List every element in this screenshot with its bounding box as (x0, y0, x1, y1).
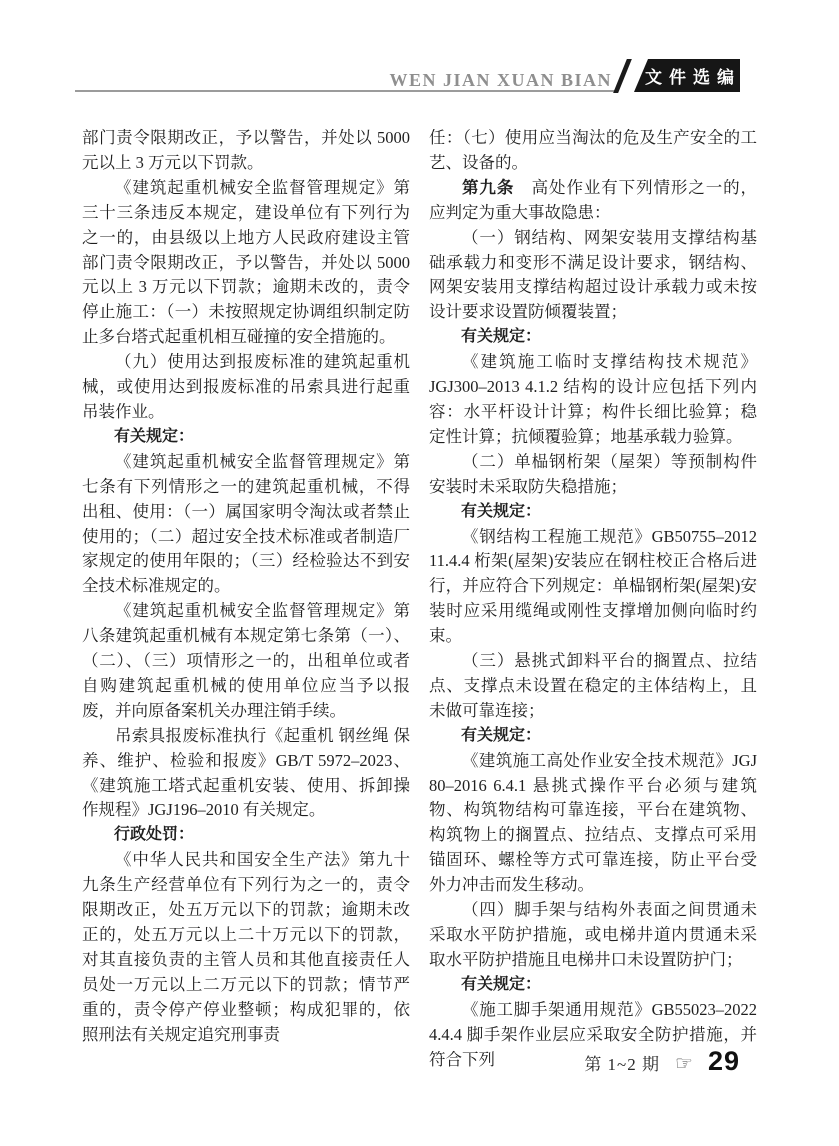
paragraph: （二）单榀钢桁架（屋架）等预制构件安装时未采取防失稳措施； (429, 450, 757, 500)
header-rule (75, 90, 618, 92)
paragraph: 《建筑起重机械安全监督管理规定》第七条有下列情形之一的建筑起重机械，不得出租、使… (82, 450, 410, 599)
header-badge: 文件选编 (634, 59, 740, 92)
left-column: 部门责令限期改正，予以警告，并处以 5000 元以上 3 万元以下罚款。《建筑起… (82, 126, 410, 1072)
paragraph: 吊索具报废标准执行《起重机 钢丝绳 保养、维护、检验和报废》GB/T 5972–… (82, 724, 410, 824)
issue-label: 第 1~2 期 (584, 1050, 660, 1075)
paragraph: 《建筑施工高处作业安全技术规范》JGJ 80–2016 6.4.1 悬挑式操作平… (429, 749, 757, 898)
paragraph: 《钢结构工程施工规范》GB50755–2012 11.4.4 桁架(屋架)安装应… (429, 525, 757, 650)
right-column: 任：（七）使用应当淘汰的危及生产安全的工艺、设备的。第九条 高处作业有下列情形之… (429, 126, 757, 1072)
paragraph: 第九条 高处作业有下列情形之一的，应判定为重大事故隐患： (429, 176, 757, 226)
paragraph: （九）使用达到报废标准的建筑起重机械，或使用达到报废标准的吊索具进行起重吊装作业… (82, 350, 410, 425)
section-heading: 有关规定： (429, 325, 757, 350)
paragraph: 《建筑施工临时支撑结构技术规范》JGJ300–2013 4.1.2 结构的设计应… (429, 350, 757, 450)
paragraph: 任：（七）使用应当淘汰的危及生产安全的工艺、设备的。 (429, 126, 757, 176)
paragraph: （一）钢结构、网架安装用支撑结构基础承载力和变形不满足设计要求，钢结构、网架安装… (429, 226, 757, 326)
paragraph: 《中华人民共和国安全生产法》第九十九条生产经营单位有下列行为之一的，责令限期改正… (82, 848, 410, 1047)
section-heading: 有关规定： (82, 425, 410, 450)
paragraph: 部门责令限期改正，予以警告，并处以 5000 元以上 3 万元以下罚款。 (82, 126, 410, 176)
page-footer: 第 1~2 期 ☞ 29 (584, 1046, 740, 1077)
article-number: 第九条 (462, 179, 514, 197)
paragraph: （四）脚手架与结构外表面之间贯通未采取水平防护措施，或电梯井道内贯通未采取水平防… (429, 898, 757, 973)
page-number: 29 (708, 1046, 740, 1077)
paragraph: 《建筑起重机械安全监督管理规定》第三十三条违反本规定，建设单位有下列行为之一的，… (82, 176, 410, 350)
paragraph: （三）悬挑式卸料平台的搁置点、拉结点、支撑点未设置在稳定的主体结构上，且未做可靠… (429, 649, 757, 724)
header-latin-title: WEN JIAN XUAN BIAN (389, 70, 612, 90)
paragraph: 《建筑起重机械安全监督管理规定》第八条建筑起重机械有本规定第七条第（一）、（二）… (82, 599, 410, 724)
document-page: WEN JIAN XUAN BIAN 文件选编 部门责令限期改正，予以警告，并处… (0, 0, 839, 1146)
section-heading: 有关规定： (429, 500, 757, 525)
section-heading: 行政处罚： (82, 823, 410, 848)
header-slash-decoration (613, 59, 632, 93)
pointing-hand-icon: ☞ (675, 1051, 693, 1076)
section-heading: 有关规定： (429, 724, 757, 749)
article-body: 部门责令限期改正，予以警告，并处以 5000 元以上 3 万元以下罚款。《建筑起… (82, 126, 757, 1072)
section-heading: 有关规定： (429, 973, 757, 998)
